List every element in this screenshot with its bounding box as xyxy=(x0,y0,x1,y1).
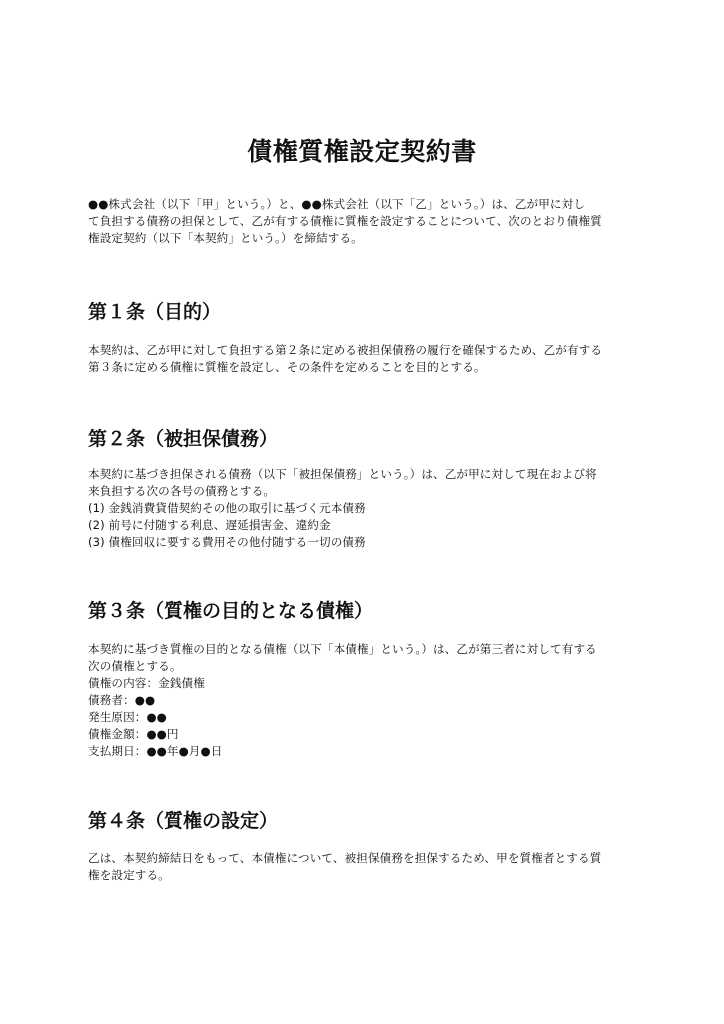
list-item: (2) 前号に付随する利息、遅延損害金、違約金 xyxy=(88,517,640,534)
article-1-heading: 第１条（目的） xyxy=(88,299,221,325)
article-line: 来負担する次の各号の債務とする。 xyxy=(88,483,640,500)
article-2-body: 本契約に基づき担保される債務（以下「被担保債務」という。）は、乙が甲に対して現在… xyxy=(88,466,640,551)
article-4-body: 乙は、本契約締結日をもって、本債権について、被担保債務を担保するため、甲を質権者… xyxy=(88,850,640,884)
article-3-heading: 第３条（質権の目的となる債権） xyxy=(88,598,373,624)
preamble-line: ●●株式会社（以下「甲」という。）と、●●株式会社（以下「乙」という。）は、乙が… xyxy=(88,196,640,213)
article-line: 乙は、本契約締結日をもって、本債権について、被担保債務を担保するため、甲を質権者… xyxy=(88,850,640,867)
article-line: 本契約に基づき担保される債務（以下「被担保債務」という。）は、乙が甲に対して現在… xyxy=(88,466,640,483)
article-line: 第３条に定める債権に質権を設定し、その条件を定めることを目的とする。 xyxy=(88,359,640,376)
list-item: (3) 債権回収に要する費用その他付随する一切の債務 xyxy=(88,534,640,551)
claim-field: 債務者：●● xyxy=(88,692,640,709)
article-line: 本契約に基づき質権の目的となる債権（以下「本債権」という。）は、乙が第三者に対し… xyxy=(88,641,640,658)
claim-field: 債権金額：●●円 xyxy=(88,726,640,743)
article-3-body: 本契約に基づき質権の目的となる債権（以下「本債権」という。）は、乙が第三者に対し… xyxy=(88,641,640,760)
article-2-heading: 第２条（被担保債務） xyxy=(88,426,278,452)
article-4-heading: 第４条（質権の設定） xyxy=(88,808,278,834)
article-line: 次の債権とする。 xyxy=(88,658,640,675)
preamble-line: 権設定契約（以下「本契約」という。）を締結する。 xyxy=(88,230,640,247)
article-line: 本契約は、乙が甲に対して負担する第２条に定める被担保債務の履行を確保するため、乙… xyxy=(88,342,640,359)
document-page: 債権質権設定契約書 ●●株式会社（以下「甲」という。）と、●●株式会社（以下「乙… xyxy=(0,0,724,1024)
document-title: 債権質権設定契約書 xyxy=(0,135,724,169)
preamble-paragraph: ●●株式会社（以下「甲」という。）と、●●株式会社（以下「乙」という。）は、乙が… xyxy=(88,196,640,247)
preamble-line: て負担する債務の担保として、乙が有する債権に質権を設定することについて、次のとお… xyxy=(88,213,640,230)
article-line: 権を設定する。 xyxy=(88,867,640,884)
claim-field: 発生原因：●● xyxy=(88,709,640,726)
list-item: (1) 金銭消費貸借契約その他の取引に基づく元本債務 xyxy=(88,500,640,517)
claim-field: 支払期日：●●年●月●日 xyxy=(88,743,640,760)
claim-field: 債権の内容：金銭債権 xyxy=(88,675,640,692)
article-1-body: 本契約は、乙が甲に対して負担する第２条に定める被担保債務の履行を確保するため、乙… xyxy=(88,342,640,376)
